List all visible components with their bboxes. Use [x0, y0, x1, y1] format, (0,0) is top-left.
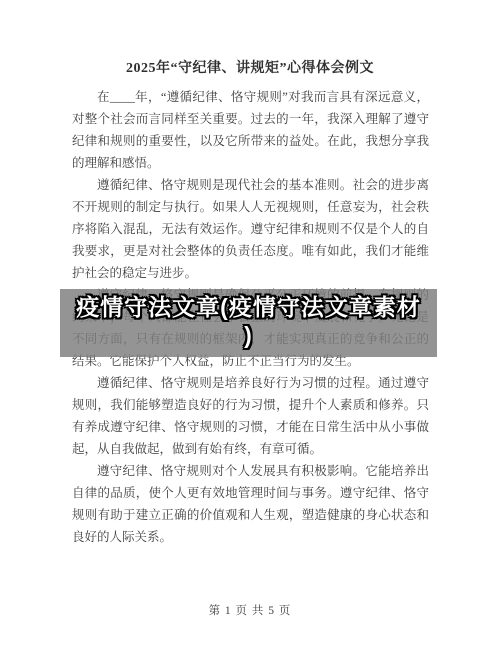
- paragraph-5: 遵守纪律、恪守规则对个人发展具有积极影响。它能培养出自律的品质，使个人更有效地管…: [72, 460, 429, 548]
- paragraph-2: 遵循纪律、恪守规则是现代社会的基本准则。社会的进步离不开规则的制定与执行。如果人…: [72, 174, 429, 284]
- paragraph-1: 在____年，“遵循纪律、恪守规则”对我而言具有深远意义，对整个社会而言同样至关…: [72, 86, 429, 174]
- document-page: 2025年“守纪律、讲规矩”心得体会例文 在____年，“遵循纪律、恪守规则”对…: [0, 0, 500, 647]
- page-number-footer: 第 1 页 共 5 页: [0, 602, 500, 618]
- watermark-line-1: 疫情守法文章(疫情守法文章素材: [60, 293, 437, 321]
- paragraph-4: 遵循纪律、恪守规则是培养良好行为习惯的过程。通过遵守规则，我们能够塑造良好的行为…: [72, 372, 429, 460]
- watermark-band: 疫情守法文章(疫情守法文章素材 ): [60, 289, 437, 357]
- watermark-line-2: ): [60, 321, 437, 349]
- watermark-text: 疫情守法文章(疫情守法文章素材 ): [60, 293, 437, 349]
- document-title: 2025年“守纪律、讲规矩”心得体会例文: [0, 57, 500, 77]
